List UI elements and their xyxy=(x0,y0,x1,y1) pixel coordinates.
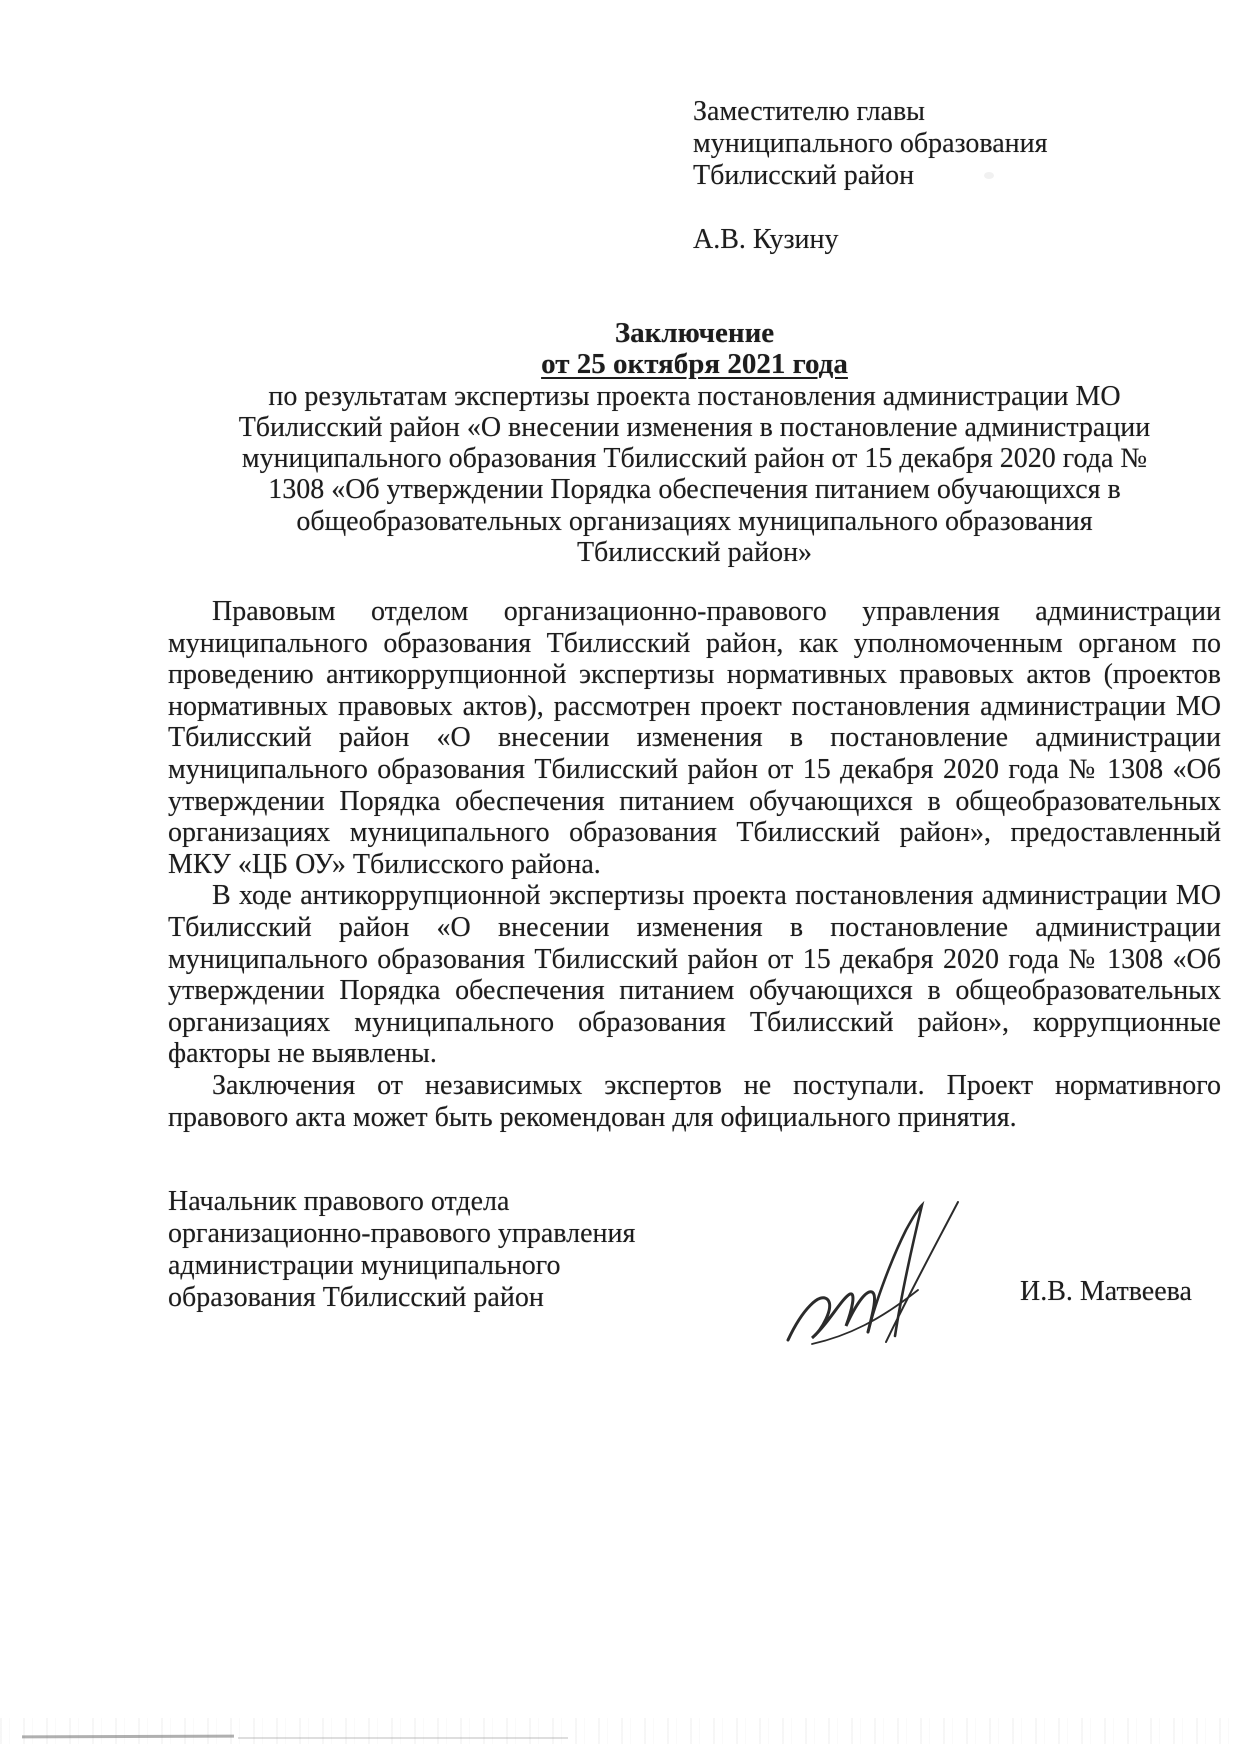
body-paragraph: В ходе антикоррупционной экспертизы прое… xyxy=(168,880,1221,1070)
subtitle-line: Тбилисский район» xyxy=(168,537,1221,568)
signatory-title-line: администрации муниципального xyxy=(168,1250,635,1282)
signatory-title-line: образования Тбилисский район xyxy=(168,1282,635,1314)
scan-speck xyxy=(984,172,994,179)
body-paragraph: Правовым отделом организационно-правовог… xyxy=(168,596,1221,880)
addressee-block: Заместителю главы муниципального образов… xyxy=(693,96,1048,256)
addressee-line: Тбилисский район xyxy=(693,160,1048,192)
signatory-title-line: организационно-правового управления xyxy=(168,1218,635,1250)
body-text: Правовым отделом организационно-правовог… xyxy=(168,596,1221,1133)
scan-noise-band xyxy=(0,1718,1240,1744)
document-date: от 25 октября 2021 года xyxy=(168,349,1221,380)
signatory-title-block: Начальник правового отдела организационн… xyxy=(168,1186,635,1314)
addressee-line: Заместителю главы xyxy=(693,96,1048,128)
title-block: Заключение от 25 октября 2021 года по ре… xyxy=(168,318,1221,568)
addressee-name: А.В. Кузину xyxy=(693,224,1048,256)
signatory-title-line: Начальник правового отдела xyxy=(168,1186,635,1218)
subtitle-line: общеобразовательных организациях муницип… xyxy=(168,506,1221,537)
subtitle-line: муниципального образования Тбилисский ра… xyxy=(168,443,1221,474)
signatory-name: И.В. Матвеева xyxy=(1020,1276,1192,1308)
subtitle-line: Тбилисский район «О внесении изменения в… xyxy=(168,412,1221,443)
subtitle-line: по результатам экспертизы проекта постан… xyxy=(168,381,1221,412)
scan-artifact-line xyxy=(238,1737,568,1739)
document-title: Заключение xyxy=(168,318,1221,349)
body-paragraph: Заключения от независимых экспертов не п… xyxy=(168,1070,1221,1133)
document-page: Заместителю главы муниципального образов… xyxy=(0,0,1240,1753)
addressee-line: муниципального образования xyxy=(693,128,1048,160)
subtitle-line: 1308 «Об утверждении Порядка обеспечения… xyxy=(168,474,1221,505)
handwritten-signature xyxy=(772,1192,982,1350)
